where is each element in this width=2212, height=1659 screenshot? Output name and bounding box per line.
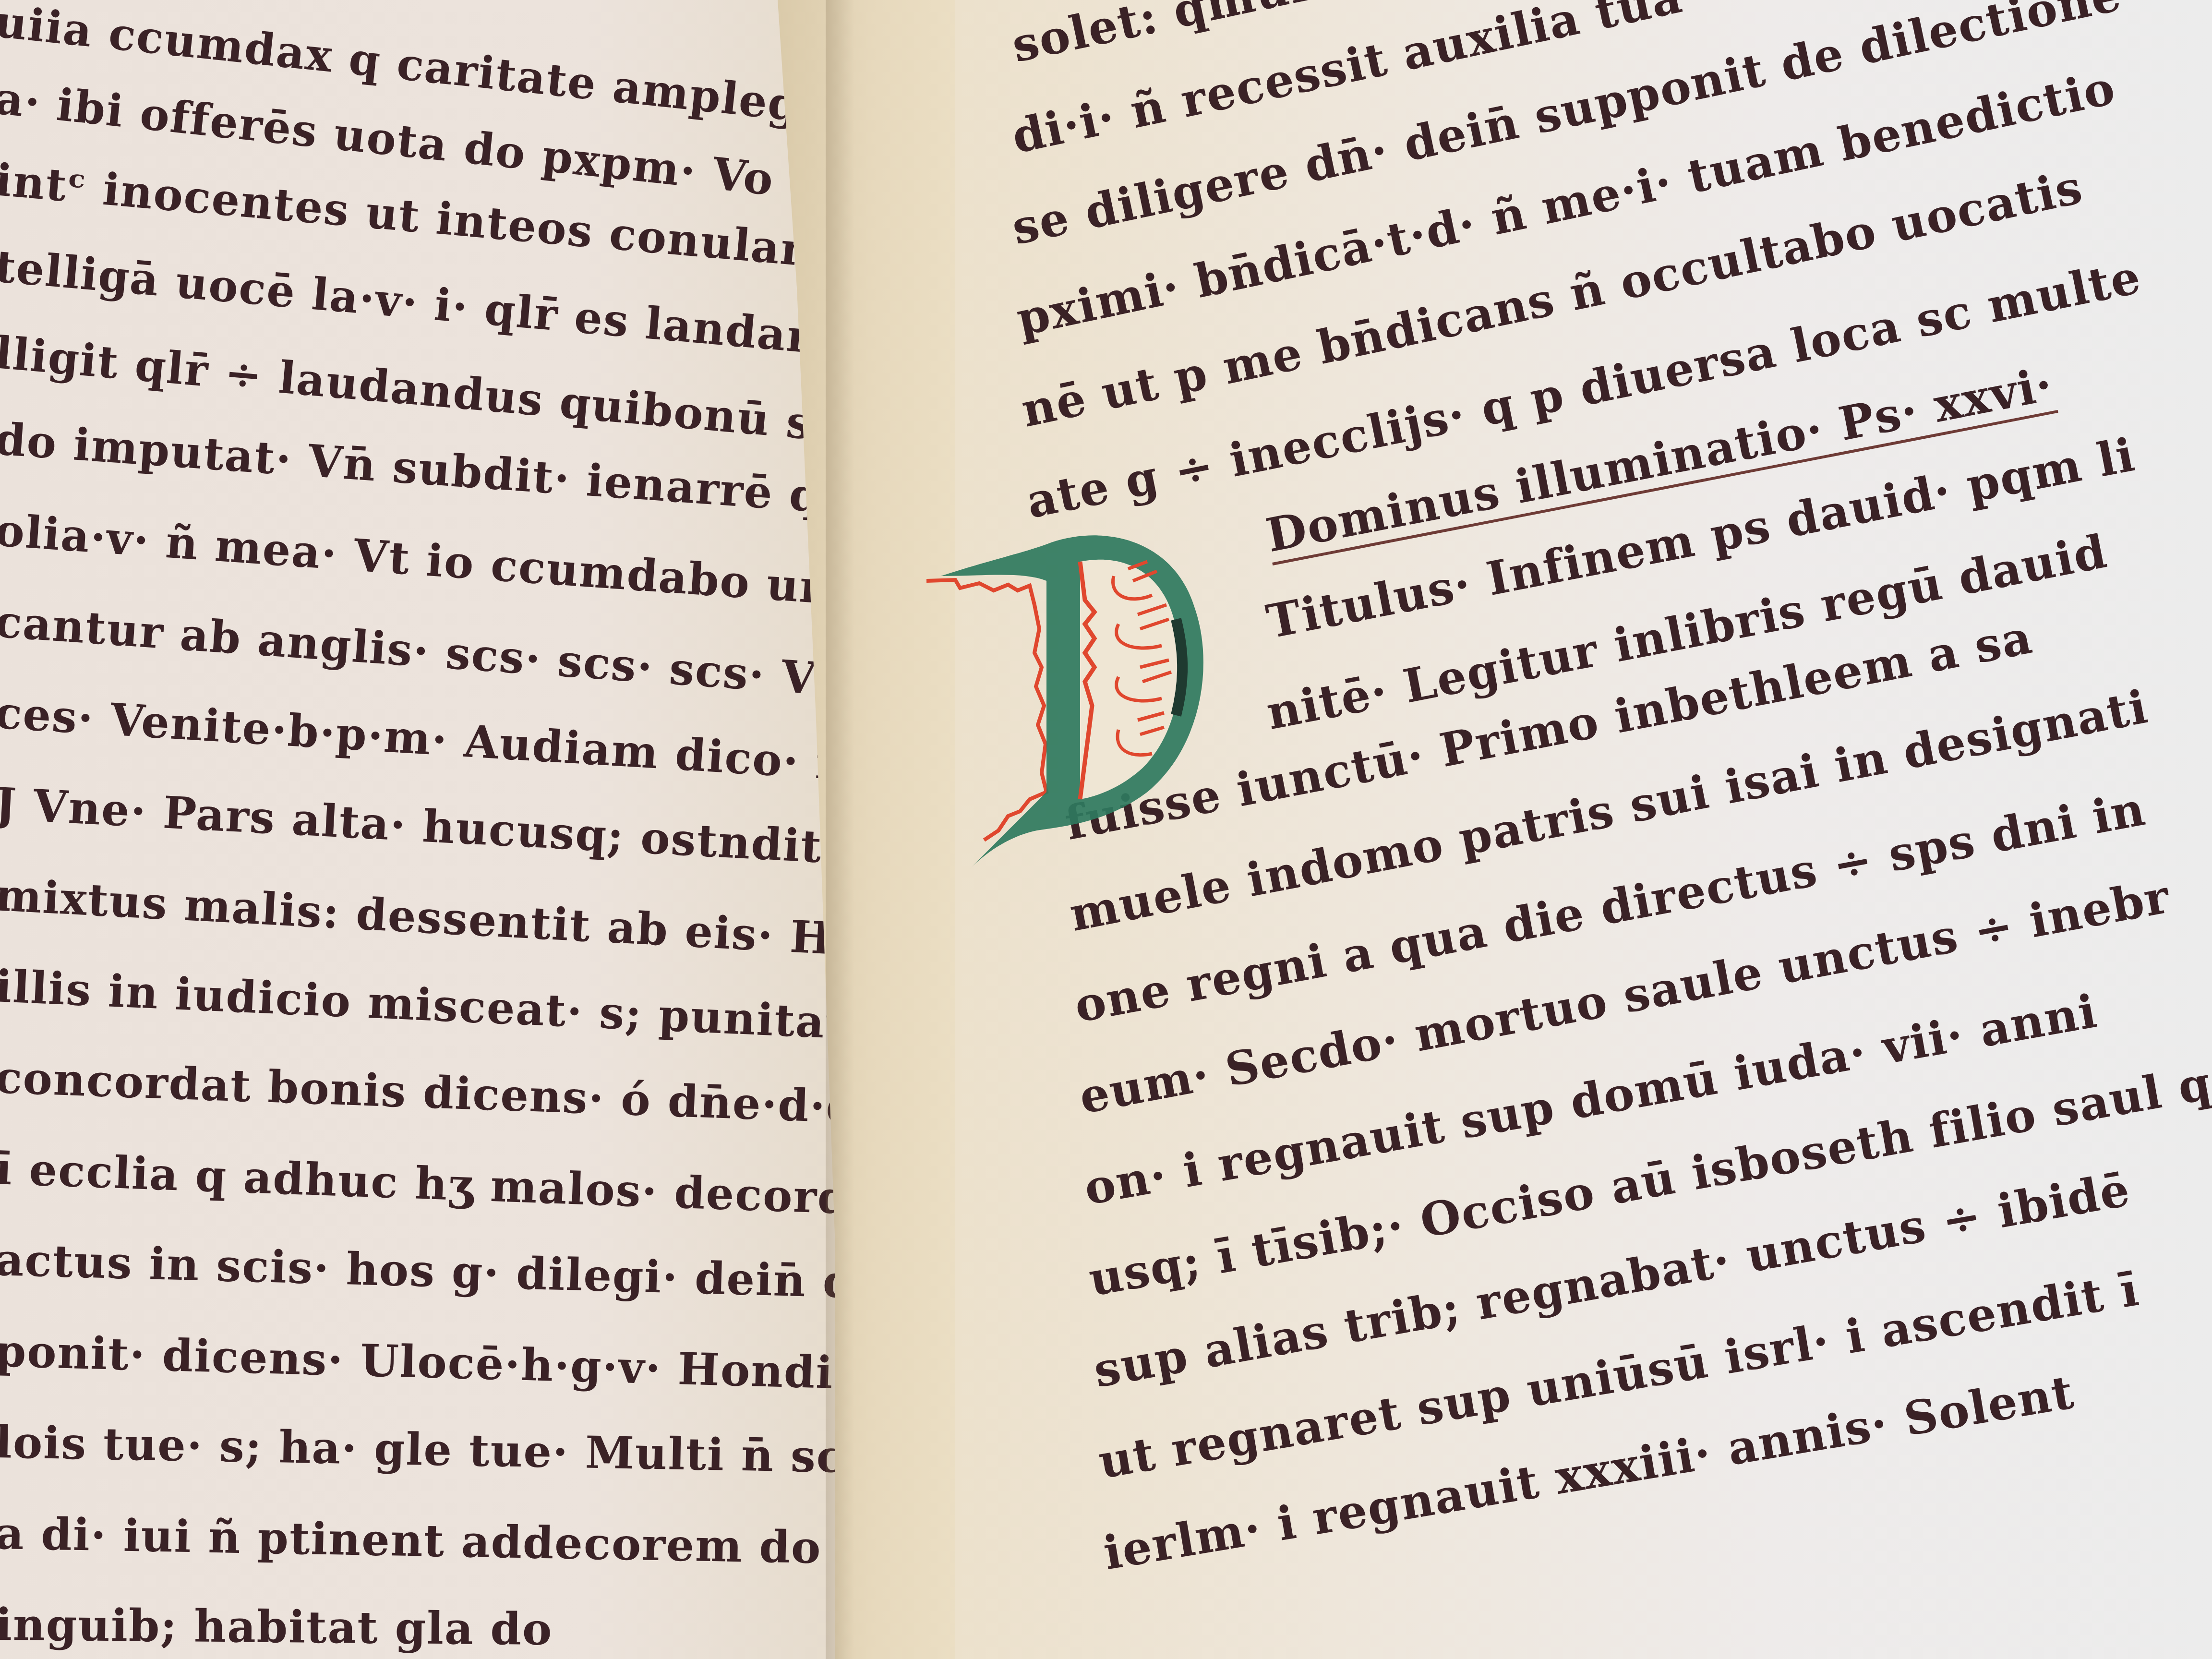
text-line: mixtus malis: dessentit ab eis· Hunc <box>0 869 835 970</box>
text-line: a di· iui ñ ptinent addecorem do <box>0 1507 822 1574</box>
text-line: actus in scis· hos g· dilegi· dein̄ deco… <box>0 1234 835 1312</box>
spine-shadow <box>826 0 854 1659</box>
left-manuscript-page: uiia ccumdax q caritate amplegar a· ibi … <box>0 0 835 1659</box>
text-line: ī ecclia q adhuc hʒ malos· decordo <box>0 1142 835 1225</box>
text-line: lois tue· s; ha· gle tue· Multi n̄ scq <box>0 1416 835 1483</box>
text-line: cantur ab anglis· scs· scs· scs· Vbig <box>0 595 835 710</box>
text-line: olia·v· ñ mea· Vt io ccumdabo urā <box>0 504 835 616</box>
text-line: concordat bonis dicens· ó dn̄e·d·de <box>0 1051 835 1134</box>
text-line: inguib; habitat gla do <box>0 1599 553 1655</box>
text-line: ponit· dicens· Ulocē·h·g·v· Hondicloc <box>0 1325 835 1401</box>
text-line: J Vne· Pars alta· hucusq; ostndit qd <box>0 778 835 877</box>
text-line: ces· Venite·b·p·m· Audiam dico· re <box>0 686 835 792</box>
decorated-initial-d <box>926 523 1262 888</box>
red-flourish-icon <box>926 580 1046 840</box>
text-line: illis in iudicio misceat· s; punitat cau <box>0 960 835 1054</box>
